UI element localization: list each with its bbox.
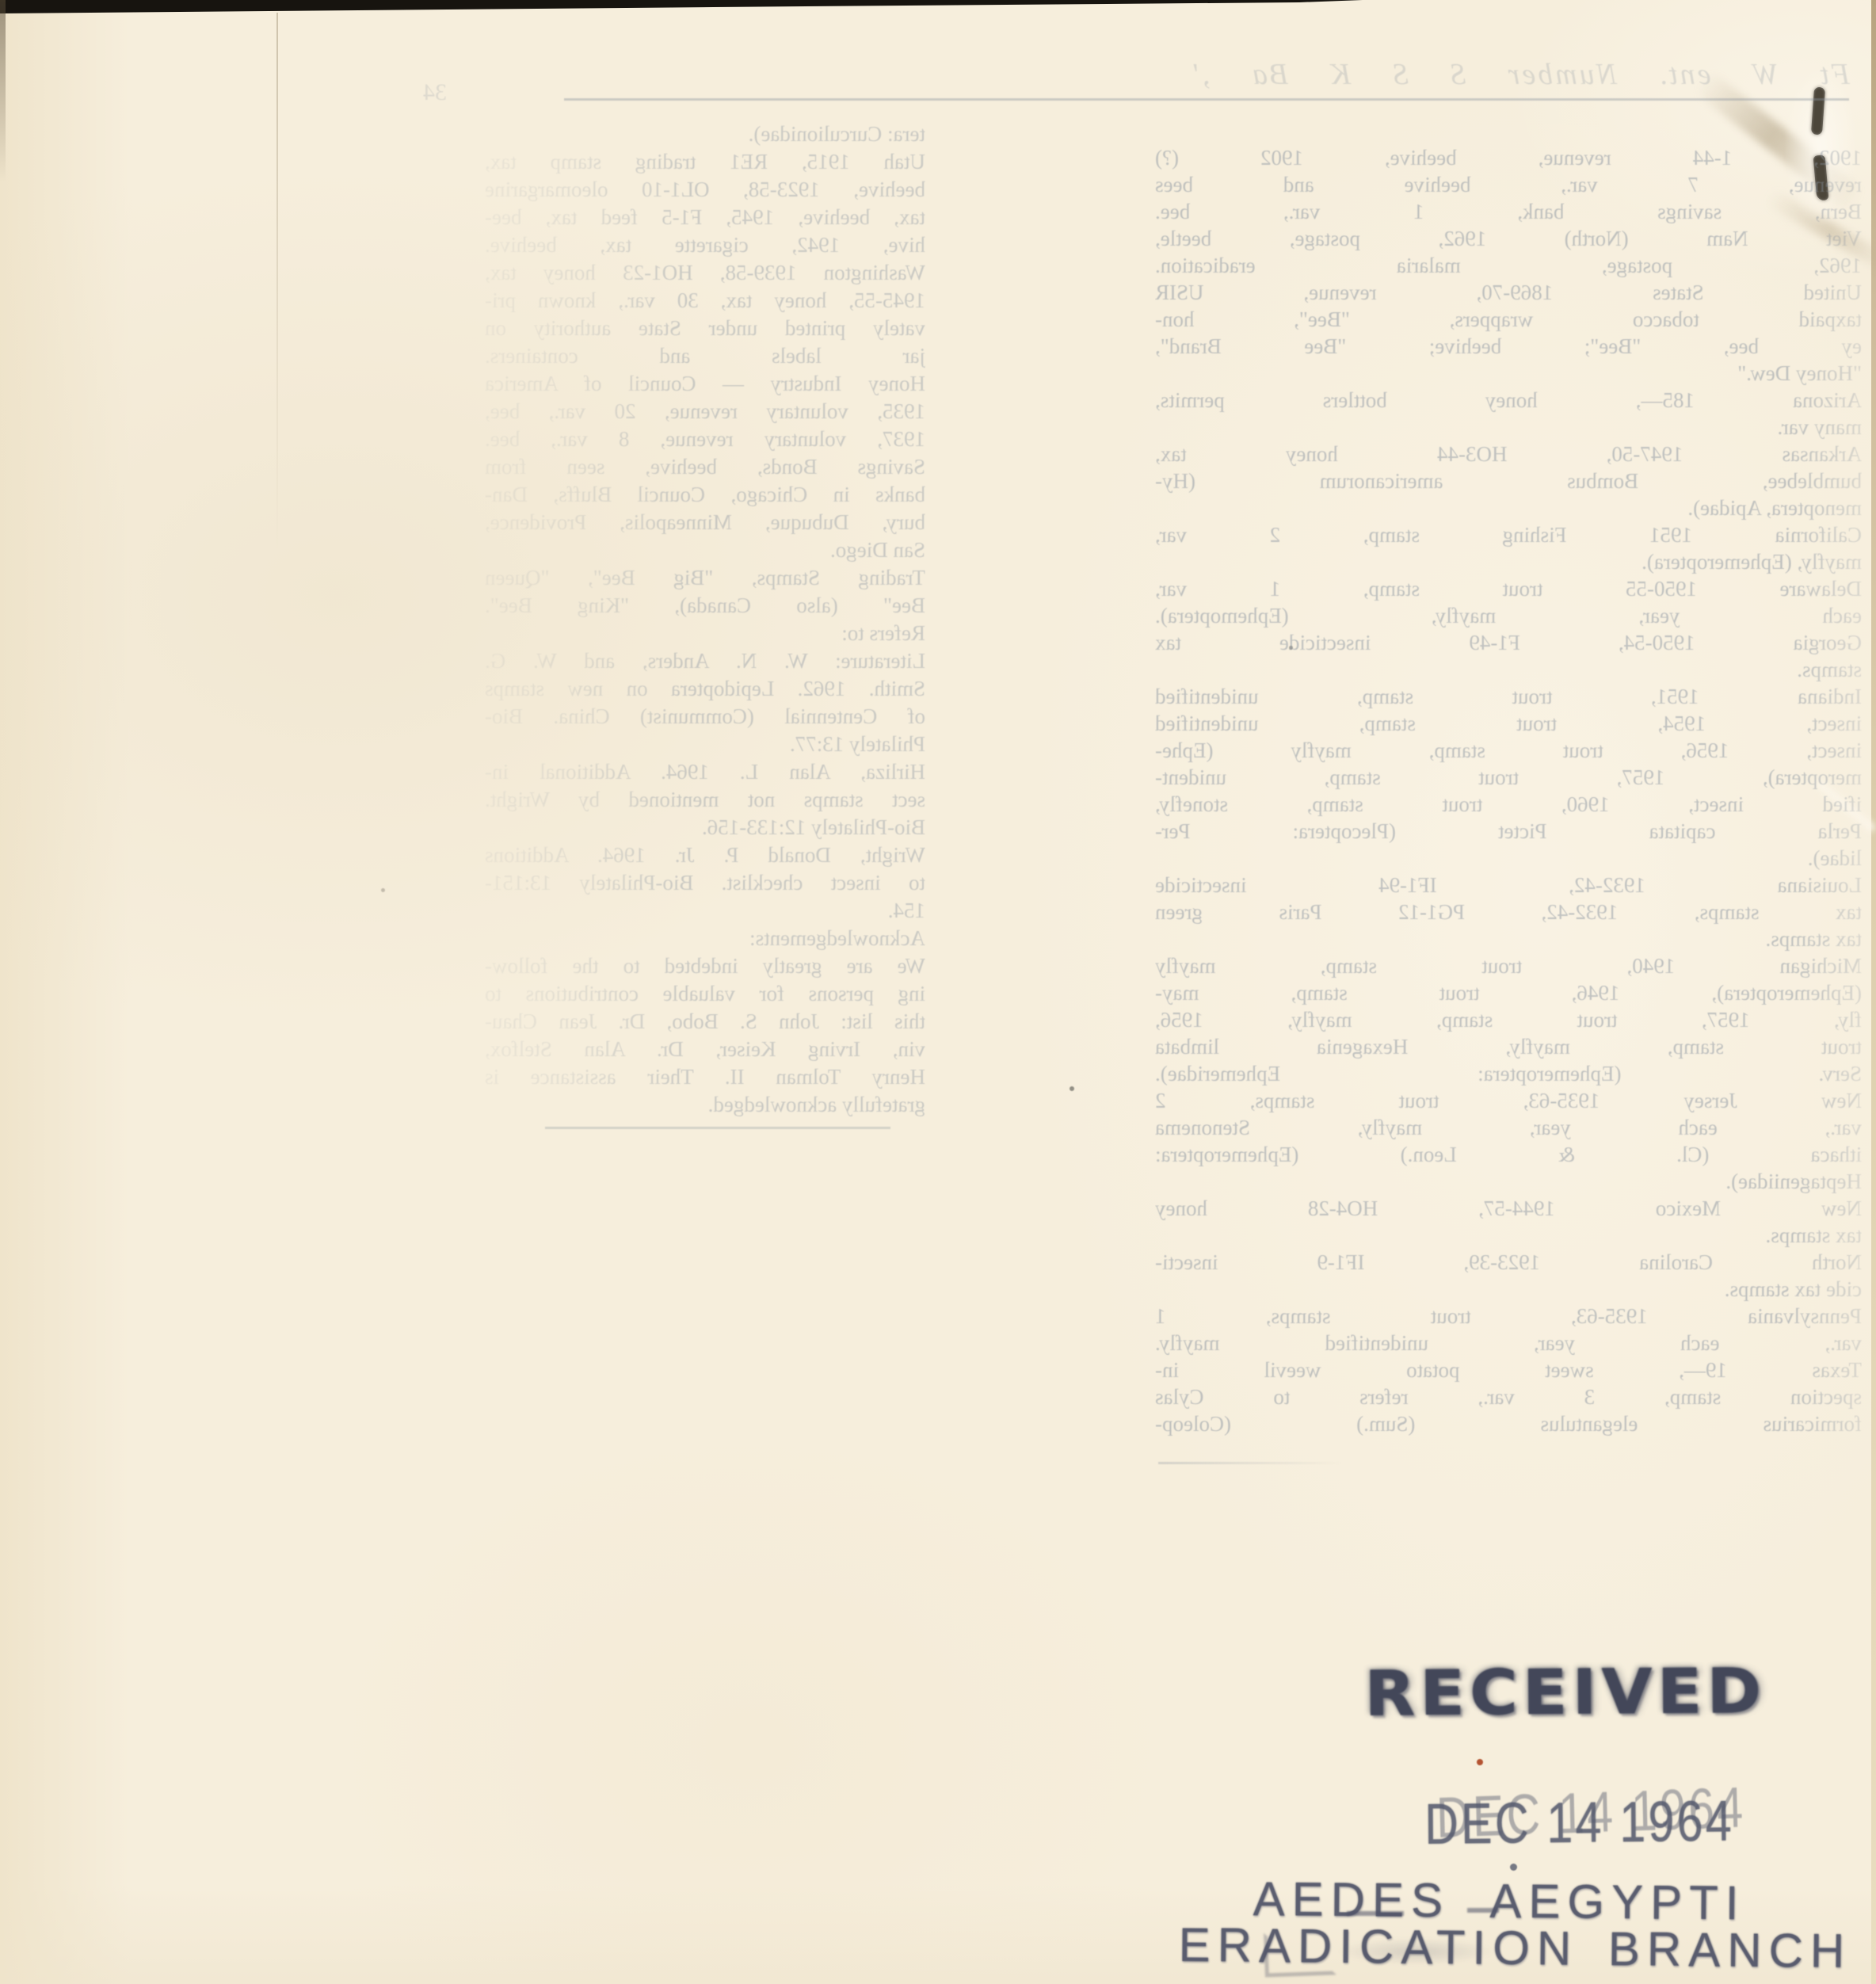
bleedthrough-text-line: ey bee, "Bee"; beehive; "Bee Brand", [1155, 333, 1862, 360]
bleedthrough-text-line: of Centennial (Communist) China. Bio- [485, 703, 925, 731]
bleedthrough-divider-rule [545, 1127, 890, 1129]
bleedthrough-text-line: San Diego. [485, 536, 925, 564]
bleedthrough-text-line: many var. [1155, 414, 1862, 441]
bleedthrough-text-line: each year, mayfly, (Ephemoptera). [1155, 602, 1862, 629]
bleedthrough-text-line: Louisiana 1932-42, IF1-94 insecticide [1155, 872, 1862, 899]
bleedthrough-text-line: tera: Curculionidae). [485, 120, 925, 148]
bleedthrough-text-line: 1902, 1-44 revenue, beehive, 1902 (?) [1155, 144, 1862, 171]
bleedthrough-text-line: trout stamp, mayfly, Hexagenia limbata [1155, 1033, 1862, 1060]
date-stamp-ink-dot [1510, 1864, 1517, 1871]
bleedthrough-text-line: tax, beehive, 1945, F1-5 feed tax, bee- [485, 204, 925, 231]
bleedthrough-text-line: sect stamps not mentioned by Wright. [485, 786, 925, 814]
bleedthrough-text-line: gratefully acknowledged. [485, 1091, 925, 1119]
paper-speck [381, 888, 385, 892]
bleedthrough-text-line: United States 1869-70, revenue, USIR [1155, 279, 1862, 306]
bleedthrough-text-line: Trading Stamps, "Big Bee", "Queen [485, 564, 925, 592]
bleedthrough-page-number: 34 [423, 79, 447, 106]
bleedthrough-text-line: Literature: W. N. Anders, and W. G. [485, 647, 925, 675]
bleedthrough-text-line: tax stamps. [1155, 925, 1862, 952]
bleedthrough-text-line: Wright, Donald P. Jr. 1964. Additions [485, 841, 925, 869]
bleedthrough-text-line: vin, Irving Keiser, Dr. Alan Stelfox, [485, 1036, 925, 1063]
scanned-document-page: Ft W ent. Number S S K Ba ,' 34 tera: Cu… [0, 0, 1876, 1984]
bleedthrough-text-line: 154. [485, 897, 925, 925]
bleedthrough-text-line: Savings Bonds, beehive, seen from [485, 453, 925, 481]
bleedthrough-text-line: this list: John S. Bobo, Dr. Jean Chau- [485, 1008, 925, 1036]
bleedthrough-text-line: Texas 19—, sweet potato weevil in- [1155, 1356, 1862, 1383]
bleedthrough-text-line: Philately 13:77. [485, 731, 925, 758]
bleedthrough-text-line: Henry Tolman II. Their assistance is [485, 1063, 925, 1091]
bleedthrough-text-line: Delaware 1950-55 trout stamp, 1 var, [1155, 575, 1862, 602]
bleedthrough-text-line: Serv. (Ephemeroptera: Ephemeridae). [1155, 1060, 1862, 1087]
stamp-ink-smudge [1264, 1930, 1336, 1977]
bleedthrough-text-line: bury, Dubuque, Minneapolis, Providence, [485, 509, 925, 536]
bleedthrough-header-script: Ft W ent. Number S S K Ba ,' [590, 57, 1850, 95]
bleedthrough-text-line: banks in Chicago, Council Bluffs, Dan- [485, 481, 925, 509]
bleedthrough-text-line: ithaca (Cl. & Leon.) (Ephemeroptera: [1155, 1141, 1862, 1168]
stamp-ink-smudge [1337, 1938, 1496, 1965]
bleedthrough-text-line: California 1951 Fishing stamp, 2 var, [1155, 521, 1862, 548]
bleedthrough-text-line: jar labels and containers. [485, 342, 925, 370]
bleedthrough-text-line: tax stamps, 1932-42, PG1-12 Paris green [1155, 899, 1862, 925]
bleedthrough-text-line: Honey Industry — Council of America [485, 370, 925, 398]
bleedthrough-text-line: taxpaid tobacco wrappers, "Bee", hon- [1155, 306, 1862, 333]
bleedthrough-header-rule [564, 98, 1849, 101]
bleedthrough-text-line: Pennsylvania 1935-63, trout stamps, 1 [1155, 1303, 1862, 1330]
bleedthrough-divider-rule [1158, 1462, 1342, 1464]
bleedthrough-text-line: formicarius elegantulus (Sum.) (Coleop- [1155, 1410, 1862, 1437]
bleedthrough-text-line: Smith. 1962. Lepidoptera on new stamps [485, 675, 925, 703]
bleedthrough-text-line: cide tax stamps. [1155, 1276, 1862, 1303]
bleedthrough-left-column: tera: Curculionidae).Utah 1915, RE1 trad… [485, 120, 925, 1119]
bleedthrough-text-line: Hirliza, Alan L. 1964. Additional in- [485, 758, 925, 786]
bleedthrough-text-line: ified insect, 1960, trout stamp, stonefl… [1155, 791, 1862, 818]
bleedthrough-text-line: vately printed under State authority on [485, 315, 925, 342]
bleedthrough-text-line: fly, 1957, trout stamp, mayfly, 1956, [1155, 1006, 1862, 1033]
bleedthrough-text-line: New Jersey 1935-63, trout stamps, 2 [1155, 1087, 1862, 1114]
paper-crease-vertical [276, 13, 278, 551]
bleedthrough-text-line: to insect checklist. Bio-Philately 13:15… [485, 869, 925, 897]
bleedthrough-text-line: spection stamp, 3 var., refers to Cylas [1155, 1383, 1862, 1410]
date-stamp: DEC 14 1964 [1424, 1789, 1734, 1857]
bleedthrough-text-line: Heptageniidae). [1155, 1168, 1862, 1195]
scan-left-edge [0, 0, 6, 182]
bleedthrough-text-line: Arizona 185—, honey bottlers permits, [1155, 387, 1862, 414]
bleedthrough-text-line: hive, 1942, cigarette tax, beehive. [485, 231, 925, 259]
bleedthrough-text-line: (Ephemeroptera), 1946, trout stamp, may- [1155, 979, 1862, 1006]
bleedthrough-text-line: Bee" (also Canada), "King Bee". [485, 592, 925, 620]
bleedthrough-text-line: Bio-Philately 12:133-156. [485, 814, 925, 841]
bleedthrough-text-line: North Carolina 1923-39, IF1-9 insecti- [1155, 1249, 1862, 1276]
bleedthrough-text-line: var., each year, mayfly, Stenonema [1155, 1114, 1862, 1141]
scan-top-edge [0, 0, 1363, 16]
bleedthrough-text-line: New Mexico 1944-57, HO4-28 honey [1155, 1195, 1862, 1222]
ink-speck-red [1477, 1759, 1483, 1765]
bleedthrough-text-line: mayfly, (Ephemeroptera). [1155, 548, 1862, 575]
bleedthrough-text-line: beehive, 1923-58, OL1-10 oleomargarine [485, 176, 925, 204]
stamp-ink-dash [1467, 1908, 1499, 1913]
bleedthrough-text-line: menoptera, Apidae). [1155, 494, 1862, 521]
bleedthrough-text-line: 1945-55, honey tax, 30 var., known pri- [485, 287, 925, 315]
bleedthrough-text-line: Indiana 1951, trout stamp, unidentified [1155, 683, 1862, 710]
bleedthrough-text-line: 1937, voluntary revenue, 8 var., bee. [485, 425, 925, 453]
bleedthrough-text-line: meroptera), 1957, trout stamp, unident- [1155, 764, 1862, 791]
bleedthrough-text-line: ing persons for valuable contributions t… [485, 980, 925, 1008]
bleedthrough-text-line: Perla capitata Pictet (Plecoptera: Per- [1155, 818, 1862, 845]
bleedthrough-right-column: 1902, 1-44 revenue, beehive, 1902 (?)rev… [1155, 144, 1862, 1437]
paper-speck [1070, 1086, 1074, 1091]
bleedthrough-text-line: Arkansas 1947-50, HO3-44 honey tax, [1155, 441, 1862, 467]
bleedthrough-text-line: bumblebee, Bombus americanorum (Hy- [1155, 467, 1862, 494]
bleedthrough-text-line: Washington 1939-58, HO1-23 honey tax, [485, 259, 925, 287]
bleedthrough-text-line: "Honey Dew." [1155, 360, 1862, 387]
bleedthrough-text-line: Michigan 1940, trout stamp, mayfly [1155, 952, 1862, 979]
bleedthrough-text-line: We are greatly indebted to the follow- [485, 952, 925, 980]
bleedthrough-text-line: insect, 1956, trout stamp, mayfly (Ephe- [1155, 737, 1862, 764]
bleedthrough-text-line: var., each year, unidentified mayfly. [1155, 1330, 1862, 1356]
bleedthrough-text-line: tax stamps. [1155, 1222, 1862, 1249]
bleedthrough-text-line: revenue, 7 var., beehive and bees [1155, 171, 1862, 198]
bleedthrough-text-line: Utah 1915, RE1 trading stamp tax, [485, 148, 925, 176]
bleedthrough-text-line: stamps. [1155, 656, 1862, 683]
bleedthrough-text-line: Bern, savings bank, 1 var., bee. [1155, 198, 1862, 225]
bleedthrough-text-line: Georgia 1950-54, F1-49 insecticide tax [1155, 629, 1862, 656]
received-stamp: RECEIVED [1364, 1655, 1767, 1730]
bleedthrough-text-line: 1962, postage, malaria eradication. [1155, 252, 1862, 279]
bleedthrough-text-line: Viet Nam (North) 1962, postage, beetle, [1155, 225, 1862, 252]
bleedthrough-text-line: insect, 1954, trout stamp, unidentified [1155, 710, 1862, 737]
bleedthrough-text-line: lidae). [1155, 845, 1862, 872]
stamp-ink-dash [1347, 1911, 1404, 1916]
bleedthrough-text-line: 1935, voluntary revenue, 20 var., bee, [485, 398, 925, 425]
bleedthrough-text-line: Acknowledgements: [485, 925, 925, 952]
bleedthrough-text-line: Refers to: [485, 620, 925, 647]
